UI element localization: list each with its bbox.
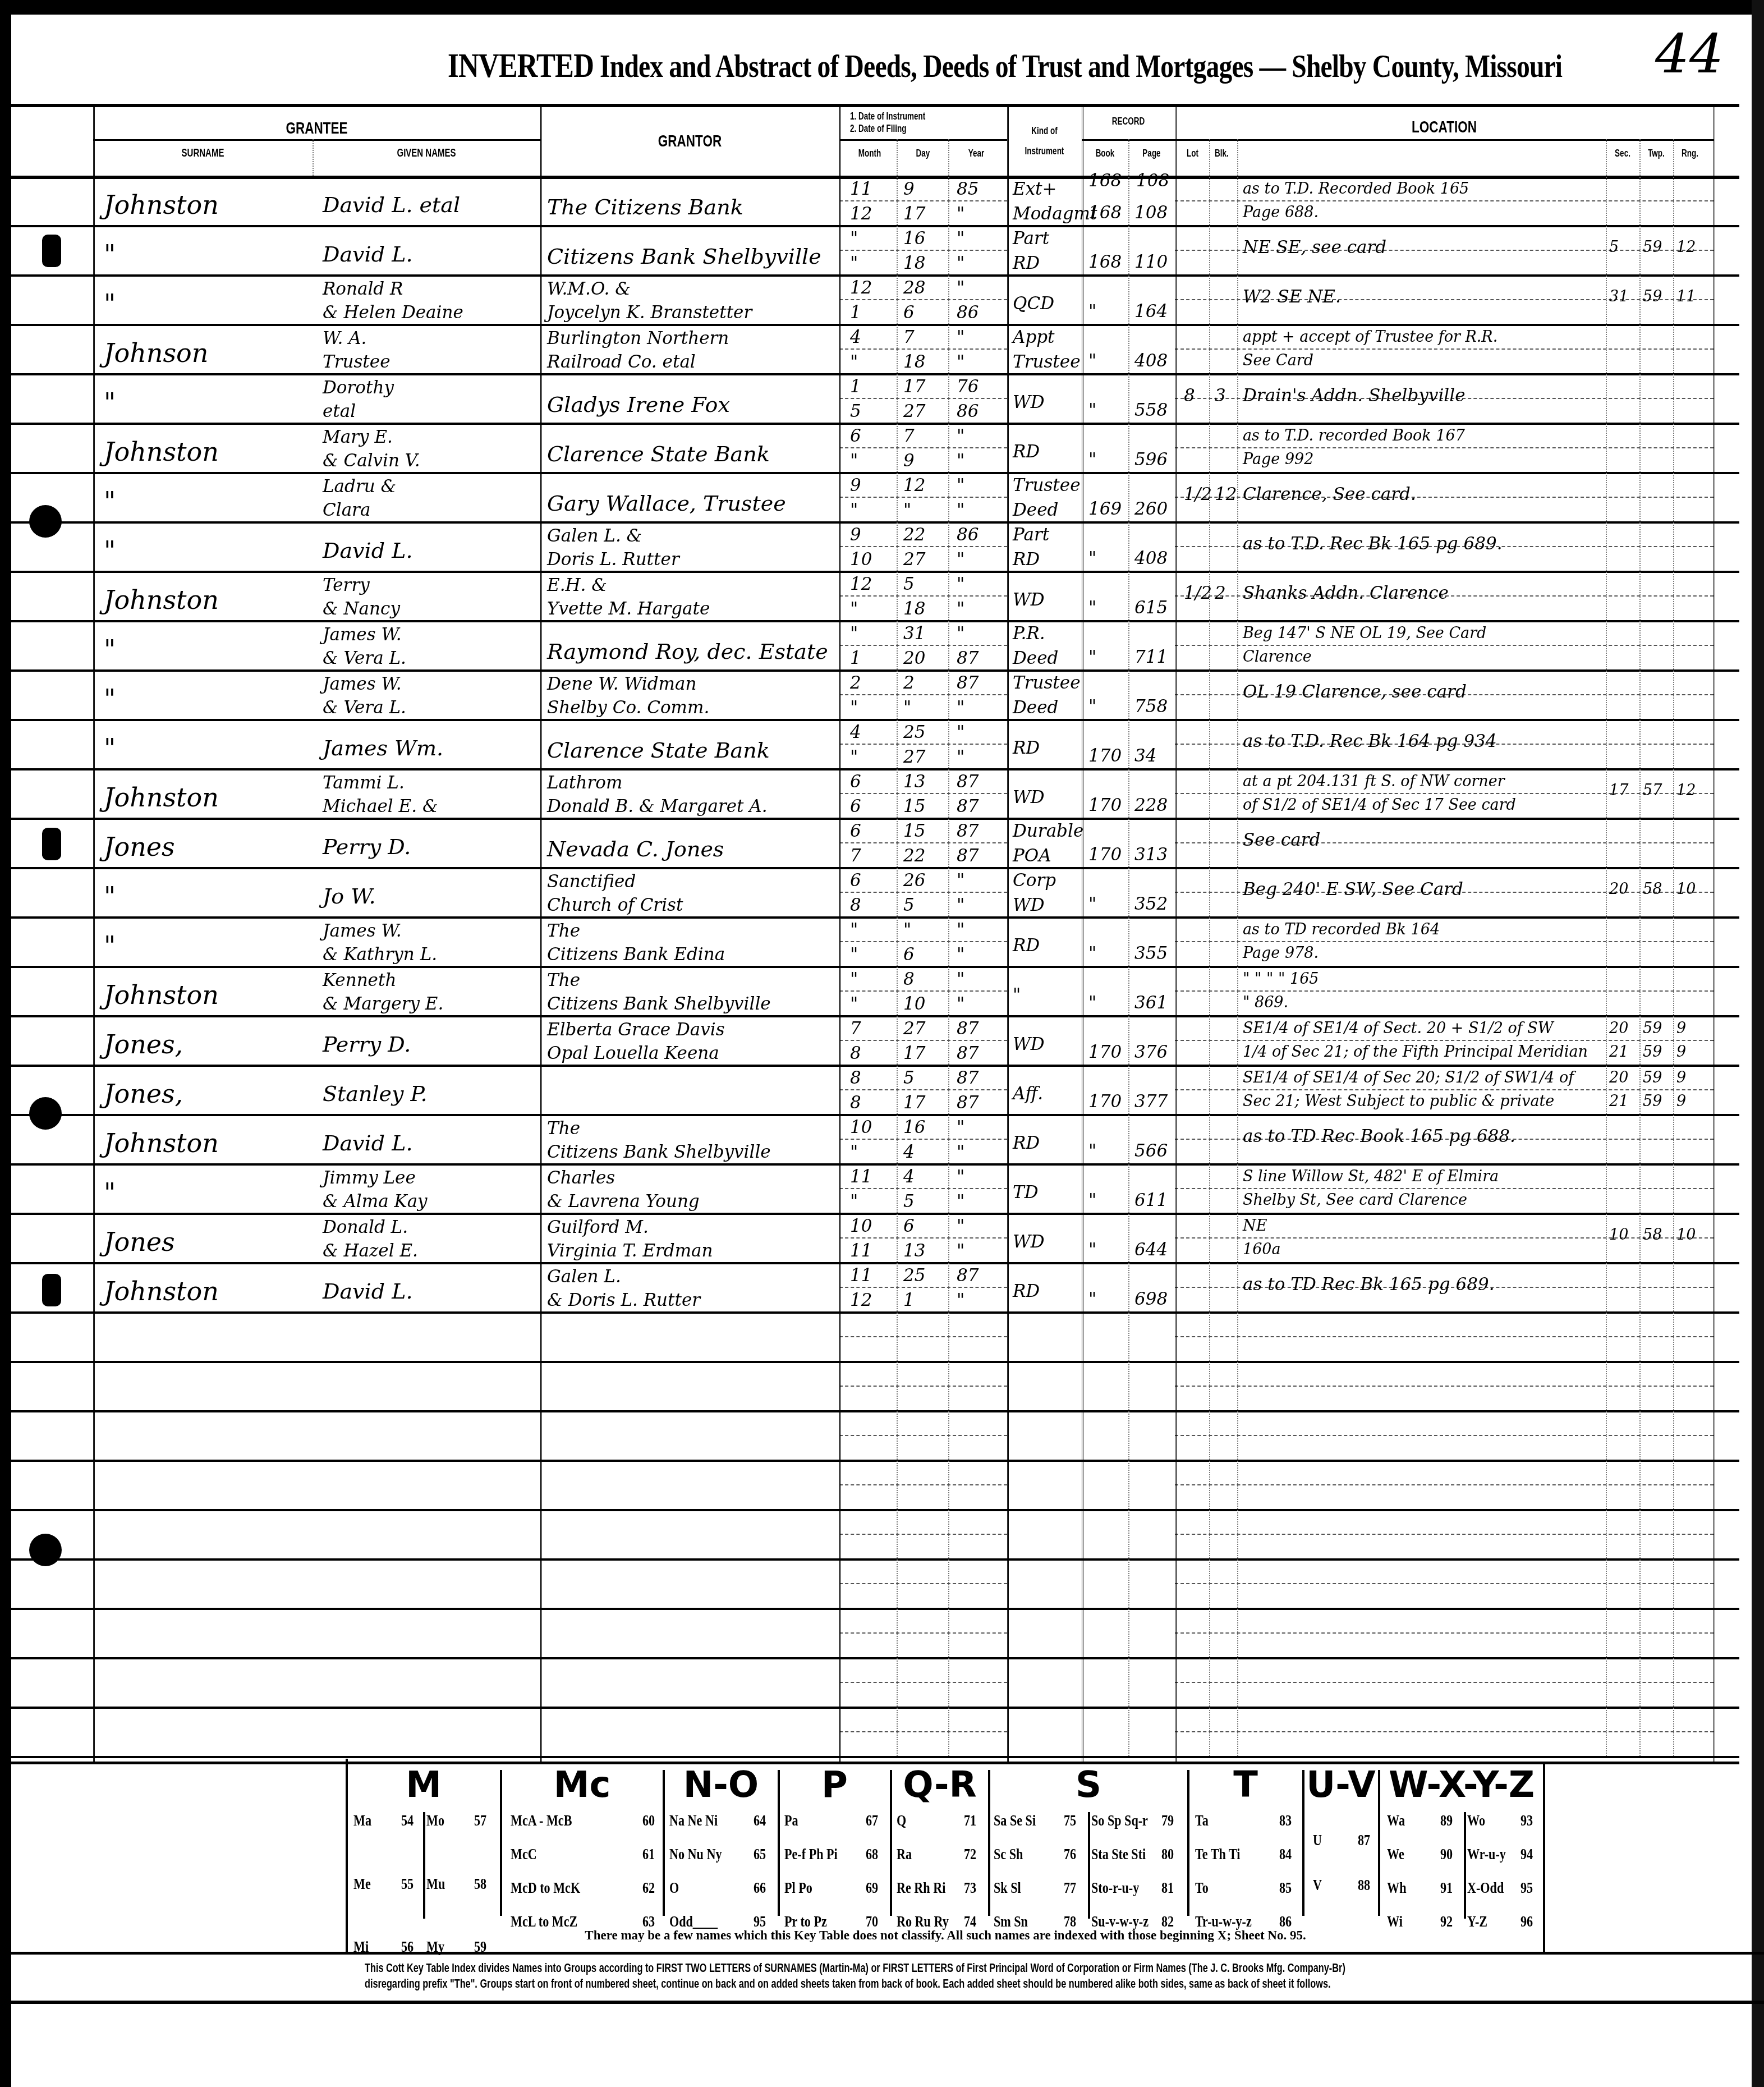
key-entry-sheet: 95 (1520, 1879, 1533, 1897)
grantee-given-names: Jimmy Lee (323, 1166, 416, 1190)
key-entry-sheet: 78 (1064, 1913, 1076, 1930)
record-page: 408 (1134, 348, 1168, 373)
grantee-given-names: David L. (323, 242, 412, 267)
key-entry-prefix: Ra (897, 1846, 912, 1863)
row-rule (11, 916, 1739, 919)
date-instrument: " (850, 621, 858, 646)
kind-of-instrument-2: Trustee (1013, 350, 1081, 374)
header-book-note: 168 (1088, 168, 1122, 193)
key-column: TTa83Te Th Ti84To85Tr-u-w-y-z86 (1189, 1759, 1302, 1927)
grantor-name: Clarence State Bank (547, 442, 770, 466)
grantor-name-2: Citizens Bank Shelbyville (547, 1140, 771, 1164)
grantee-given-names: Donald L. (323, 1215, 408, 1240)
date-instrument: 11 (850, 177, 872, 201)
record-book: 169 (1088, 497, 1122, 521)
header-month: Month (851, 147, 889, 159)
kind-of-instrument: P.R. (1013, 621, 1045, 646)
date-filing: 10 (850, 547, 872, 572)
key-entry-prefix: Pa (784, 1812, 798, 1829)
column-rule-dotted (1237, 139, 1238, 1756)
location-block: 2 (1215, 581, 1226, 606)
row-midline (1175, 1336, 1714, 1337)
date-filing: 20 (903, 646, 925, 671)
key-entry-sheet: 80 (1161, 1846, 1174, 1863)
key-entry-prefix: Wa (1387, 1812, 1405, 1829)
header-given-names: GIVEN NAMES (341, 147, 512, 160)
key-entry-sheet: 95 (754, 1913, 766, 1930)
grantor-name: Elberta Grace Davis (547, 1017, 725, 1042)
record-book: " (1088, 546, 1096, 571)
kind-of-instrument: RD (1013, 933, 1040, 958)
date-instrument: 27 (903, 1016, 925, 1041)
key-entry-sheet: 82 (1161, 1913, 1174, 1930)
date-instrument: " (957, 720, 964, 745)
location-description: NE (1243, 1214, 1267, 1239)
date-filing: " (957, 498, 964, 522)
record-page: 596 (1134, 447, 1168, 472)
date-instrument: " (957, 621, 964, 646)
location-section: 10 (1609, 1223, 1628, 1247)
grantee-given-names: Terry (323, 573, 370, 598)
key-entry-prefix: McA - McB (511, 1812, 572, 1829)
header-twp: Twp. (1644, 147, 1669, 159)
key-entry-sheet: 63 (642, 1913, 655, 1930)
record-page: 260 (1134, 497, 1168, 521)
date-filing: " (957, 1288, 964, 1313)
date-filing: 87 (957, 794, 979, 819)
location-description: NE SE, see card (1243, 235, 1386, 260)
row-rule (11, 1460, 1739, 1462)
grantee-given-names: Ladru & (323, 474, 396, 499)
location-section: 20 (1609, 1066, 1628, 1090)
date-filing: 27 (903, 745, 925, 769)
row-midline (839, 1435, 1007, 1436)
record-page: 377 (1134, 1089, 1168, 1114)
key-entry-sheet: 88 (1358, 1877, 1370, 1894)
date-instrument: 11 (850, 1164, 872, 1189)
key-entry-sheet: 96 (1520, 1913, 1533, 1930)
column-rule (1714, 104, 1718, 1762)
date-instrument: 76 (957, 374, 979, 399)
location-lot: 1/2 (1184, 581, 1212, 606)
grantor-name-2: Railroad Co. etal (547, 350, 696, 374)
key-column-rule (1378, 1770, 1380, 1916)
date-instrument: " (957, 226, 964, 251)
row-midline (839, 941, 1007, 942)
footer-line-1: This Cott Key Table Index divides Names … (365, 1960, 1237, 1976)
grantor-name: Clarence State Bank (547, 738, 770, 763)
location-description: SE1/4 of SE1/4 of Sec 20; S1/2 of SW1/4 … (1243, 1066, 1574, 1090)
kind-of-instrument: WD (1013, 785, 1045, 810)
kind-of-instrument-2: POA (1013, 843, 1051, 868)
key-entry-sheet: 74 (964, 1913, 976, 1930)
key-subcolumn-rule (1464, 1812, 1466, 1919)
kind-of-instrument: WD (1013, 588, 1045, 612)
grantor-name: Galen L. & (547, 524, 642, 548)
key-entry-sheet: 76 (1064, 1846, 1076, 1863)
key-entry-prefix: Wo (1467, 1812, 1485, 1829)
header-split-rule (93, 139, 540, 141)
key-entry-prefix: Ro Ru Ry (897, 1913, 949, 1930)
date-filing: " (903, 498, 911, 522)
grantor-name: The (547, 1116, 580, 1141)
date-filing: " (903, 695, 911, 720)
key-entry-prefix: Sta Ste Sti (1091, 1846, 1146, 1863)
row-rule (11, 1361, 1739, 1363)
location-range: 9 (1676, 1066, 1686, 1090)
key-letter-heading: Mc (502, 1764, 662, 1806)
key-entry-prefix: Sm Sn (994, 1913, 1028, 1930)
grantor-name: Gary Wallace, Trustee (547, 491, 786, 516)
location-range: 10 (1676, 1223, 1696, 1247)
key-column: MMa54Me55Mi56Mo57Mu58My59 (348, 1759, 499, 1927)
location-description: as to T.D. Recorded Book 165 (1243, 177, 1469, 201)
location-range: 11 (1676, 285, 1696, 309)
key-entry-sheet: 93 (1520, 1812, 1533, 1829)
row-midline (1175, 1632, 1714, 1634)
grantee-given-names: Jo W. (323, 884, 376, 909)
key-entry-sheet: 66 (754, 1879, 766, 1897)
date-filing: 8 (850, 893, 861, 918)
grantor-name: Charles (547, 1166, 615, 1190)
key-entry-prefix: McD to McK (511, 1879, 580, 1897)
record-page: 408 (1134, 546, 1168, 571)
kind-of-instrument: Appt (1013, 325, 1055, 350)
row-rule (11, 472, 1739, 474)
key-entry-sheet: 70 (866, 1913, 878, 1930)
date-filing: 9 (903, 448, 915, 473)
record-page: 376 (1134, 1040, 1168, 1065)
binder-hole-icon (42, 828, 61, 860)
grantor-name-2: Doris L. Rutter (547, 547, 679, 572)
kind-of-instrument: Aff. (1013, 1081, 1043, 1106)
kind-of-instrument: RD (1013, 1131, 1040, 1155)
header-book: Book (1087, 147, 1122, 159)
grantor-name-2: & Doris L. Rutter (547, 1288, 700, 1313)
record-book: 170 (1088, 1089, 1122, 1114)
divider (0, 1952, 1764, 1955)
key-entry-sheet: 91 (1440, 1879, 1453, 1897)
grantee-given-names: Tammi L. (323, 770, 405, 795)
key-entry-prefix: Sk Sl (994, 1879, 1021, 1897)
grantor-name: E.H. & (547, 573, 607, 598)
grantee-surname: Johnston (104, 1279, 219, 1304)
date-filing: " (850, 498, 858, 522)
date-instrument: 6 (903, 1214, 915, 1239)
key-column: McMcA - McB60McC61McD to McK62McL to McZ… (502, 1759, 662, 1927)
grantee-given-names-2: & Calvin V. (323, 448, 420, 473)
date-filing: " (957, 1239, 964, 1263)
location-description: as to T.D. Rec Bk 164 pg 934 (1243, 729, 1497, 754)
date-filing: " (850, 992, 858, 1016)
location-range: 9 (1676, 1016, 1686, 1041)
grantee-given-names-2: & Helen Deaine (323, 300, 463, 325)
location-description: as to T.D. Rec Bk 165 pg 689. (1243, 531, 1503, 556)
column-rule (1175, 104, 1179, 1762)
key-entry-prefix: McL to McZ (511, 1913, 577, 1930)
row-midline (839, 694, 1007, 695)
row-rule (11, 1756, 1739, 1758)
record-book: " (1088, 990, 1096, 1015)
key-entry-sheet: 68 (866, 1846, 878, 1863)
date-filing: 87 (957, 1041, 979, 1066)
key-entry-prefix: Wr-u-y (1467, 1846, 1506, 1863)
table-top-rule (11, 104, 1739, 107)
location-description: as to TD Rec Bk 165 pg 689. (1243, 1272, 1495, 1297)
header-lot: Lot (1187, 147, 1203, 159)
key-entry-sheet: 54 (401, 1812, 414, 1829)
row-midline (839, 1583, 1007, 1584)
grantee-given-names: Kenneth (323, 968, 396, 993)
grantor-name: Guilford M. (547, 1215, 649, 1240)
record-book: " (1088, 941, 1096, 966)
date-filing: 10 (903, 992, 925, 1016)
location-description: as to T.D. recorded Book 167 (1243, 424, 1465, 448)
key-entry-sheet: 58 (474, 1875, 486, 1893)
header-record: RECORD (1094, 115, 1164, 127)
key-entry-prefix: Re Rh Ri (897, 1879, 945, 1897)
row-rule (11, 423, 1739, 425)
date-filing: 5 (850, 399, 861, 424)
date-instrument: " (957, 967, 964, 992)
date-filing: " (957, 1189, 964, 1214)
date-filing: " (850, 745, 858, 769)
date-instrument: 25 (903, 1263, 925, 1288)
date-instrument: " (957, 473, 964, 498)
grantee-given-names-2: & Vera L. (323, 646, 406, 671)
key-entry-prefix: Ta (1195, 1812, 1209, 1829)
row-midline (1175, 1435, 1714, 1436)
date-filing: 6 (903, 300, 915, 325)
divider (0, 2001, 1764, 2004)
date-filing: " (957, 597, 964, 621)
key-letter-heading: W-X-Y-Z (1380, 1764, 1543, 1806)
column-rule-dotted (1606, 139, 1607, 1756)
kind-of-instrument: RD (1013, 736, 1040, 760)
kind-of-instrument: TD (1013, 1180, 1039, 1205)
grantee-given-names: Ronald R (323, 277, 403, 301)
scan-top-border (0, 0, 1764, 15)
grantee-given-names: David L. (323, 1131, 412, 1155)
row-midline (1175, 1534, 1714, 1535)
kind-of-instrument: Durable (1013, 819, 1083, 843)
key-column-rule (1302, 1770, 1304, 1916)
key-letter-heading: U-V (1304, 1764, 1377, 1806)
record-page: 611 (1134, 1188, 1168, 1213)
grantor-name: Lathrom (547, 770, 622, 795)
scan-right-border (1752, 0, 1764, 2087)
row-midline (839, 1632, 1007, 1634)
date-instrument: 85 (957, 177, 979, 201)
location-description: at a pt 204.131 ft S. of NW corner (1243, 769, 1505, 794)
date-filing: 17 (903, 201, 925, 226)
column-rule (1007, 104, 1012, 1762)
header-blk: Blk. (1215, 147, 1232, 159)
key-entry-prefix: Y-Z (1467, 1913, 1487, 1930)
key-entry-prefix: V (1313, 1877, 1322, 1894)
date-filing: " (850, 942, 858, 967)
record-book: " (1088, 1139, 1096, 1163)
date-instrument: 10 (850, 1115, 872, 1140)
key-entry-prefix: No Nu Ny (669, 1846, 722, 1863)
grantee-given-names: David L. (323, 1279, 412, 1304)
key-entry-sheet: 85 (1279, 1879, 1292, 1897)
row-midline (839, 1484, 1007, 1485)
key-entry-sheet: 92 (1440, 1913, 1453, 1930)
key-entry-prefix: Sc Sh (994, 1846, 1023, 1863)
binder-hole-icon (29, 1097, 62, 1130)
grantee-surname: Jones (104, 834, 175, 859)
date-instrument: 15 (903, 819, 925, 843)
key-entry-sheet: 65 (754, 1846, 766, 1863)
location-description: appt + accept of Trustee for R.R. (1243, 325, 1497, 350)
date-filing: 6 (850, 794, 861, 819)
key-entry-prefix: Q (897, 1812, 906, 1829)
record-page: 313 (1134, 842, 1168, 867)
column-rule-dotted (897, 139, 898, 1756)
date-instrument: 12 (850, 572, 872, 597)
grantor-name: Raymond Roy, dec. Estate (547, 639, 828, 664)
date-filing: 11 (850, 1239, 872, 1263)
location-description: as to TD recorded Bk 164 (1243, 918, 1440, 942)
location-township-2: 59 (1643, 1040, 1662, 1065)
date-filing: 22 (903, 843, 925, 868)
kind-of-instrument-2: Deed (1013, 498, 1058, 522)
kind-of-instrument-2: RD (1013, 547, 1040, 572)
key-entry-sheet: 73 (964, 1879, 976, 1897)
kind-of-instrument: " (1013, 983, 1021, 1007)
date-filing: " (957, 350, 964, 374)
record-page: 108 (1134, 200, 1168, 225)
date-filing: 17 (903, 1041, 925, 1066)
row-rule (11, 1558, 1739, 1561)
grantor-name: Sanctified (547, 869, 636, 894)
title-text: Index and Abstract of Deeds, Deeds of Tr… (600, 48, 1562, 84)
grantor-name-2: Virginia T. Erdman (547, 1239, 713, 1263)
date-filing: 18 (903, 251, 925, 276)
record-book: " (1088, 694, 1096, 719)
date-instrument: " (957, 424, 964, 448)
grantee-surname: Johnston (104, 588, 219, 612)
location-township: 59 (1643, 285, 1662, 309)
location-lot: 1/2 (1184, 482, 1212, 507)
page-title: INVERTED Index and Abstract of Deeds, De… (448, 46, 1460, 86)
grantee-surname: " (104, 242, 116, 267)
date-instrument: 9 (850, 473, 861, 498)
date-filing: 87 (957, 646, 979, 671)
date-instrument: 87 (957, 671, 979, 695)
key-entry-prefix: O (669, 1879, 679, 1897)
header-split-rule (839, 139, 1007, 141)
date-instrument: " (957, 325, 964, 350)
grantee-given-names: Dorothy (323, 375, 394, 400)
location-range: 10 (1676, 877, 1696, 902)
row-midline (839, 1534, 1007, 1535)
kind-of-instrument: Part (1013, 522, 1049, 547)
date-filing: " (957, 251, 964, 276)
grantor-name: W.M.O. & (547, 277, 631, 301)
column-rule (1082, 104, 1086, 1762)
location-description-2: of S1/2 of SE1/4 of Sec 17 See card (1243, 793, 1516, 818)
kind-of-instrument: WD (1013, 1032, 1045, 1057)
key-letter-heading: T (1189, 1764, 1302, 1806)
date-filing: 8 (850, 1090, 861, 1115)
location-description: " " " " 165 (1243, 967, 1319, 992)
key-entry-prefix: McC (511, 1846, 537, 1863)
grantee-surname: " (104, 538, 116, 563)
column-rule (93, 104, 98, 1762)
location-description: SE1/4 of SE1/4 of Sect. 20 + S1/2 of SW (1243, 1016, 1554, 1041)
date-instrument: " (957, 868, 964, 893)
date-instrument: 11 (850, 1263, 872, 1288)
location-section: 17 (1609, 778, 1628, 803)
grantor-name-2: Citizens Bank Edina (547, 942, 725, 967)
location-description: Clarence, See card. (1243, 482, 1416, 507)
location-range: 12 (1676, 235, 1696, 260)
header-surname: SURNAME (121, 147, 285, 160)
key-letter-heading: N-O (665, 1764, 777, 1806)
date-instrument: 8 (850, 1066, 861, 1090)
location-description: S line Willow St, 482' E of Elmira (1243, 1164, 1499, 1189)
header-location: LOCATION (1242, 118, 1646, 137)
location-description-2: " 869. (1243, 990, 1288, 1015)
date-instrument: 31 (903, 621, 925, 646)
grantee-surname: Johnston (104, 785, 219, 810)
key-entry-prefix: Sto-r-u-y (1091, 1879, 1139, 1897)
kind-of-instrument: QCD (1013, 291, 1054, 316)
date-instrument: " (957, 1164, 964, 1189)
key-column-rule (1543, 1764, 1545, 1952)
grantor-name-2: Yvette M. Hargate (547, 597, 710, 621)
date-instrument: 26 (903, 868, 925, 893)
header-date-filing: 2. Date of Filing (850, 122, 968, 135)
date-instrument: 12 (850, 276, 872, 300)
key-entry-sheet: 57 (474, 1812, 486, 1829)
record-page: 758 (1134, 694, 1168, 719)
grantee-given-names: James W. (323, 919, 402, 943)
binder-hole-icon (29, 1534, 62, 1566)
date-filing: " (957, 1140, 964, 1164)
location-township: 58 (1643, 877, 1662, 902)
date-filing: 5 (903, 893, 915, 918)
record-book: 170 (1088, 1040, 1122, 1065)
key-entry-prefix: Odd____ (669, 1913, 718, 1930)
kind-of-instrument-2: RD (1013, 251, 1040, 276)
location-block: 12 (1215, 482, 1237, 507)
date-instrument: " (957, 1214, 964, 1239)
kind-of-instrument: WD (1013, 1230, 1045, 1254)
key-letter-heading: M (348, 1764, 499, 1806)
date-filing: 87 (957, 843, 979, 868)
location-description-2: 1/4 of Sec 21; of the Fifth Principal Me… (1243, 1040, 1588, 1065)
record-page: 644 (1134, 1237, 1168, 1262)
column-rule-dotted (1128, 139, 1129, 1756)
page-number: 44 (1655, 22, 1724, 85)
key-table: There may be a few names which this Key … (348, 1759, 1543, 1952)
location-section-2: 21 (1609, 1040, 1628, 1065)
date-filing: 8 (850, 1041, 861, 1066)
key-column-rule (663, 1770, 665, 1916)
grantee-given-names-2: & Kathryn L. (323, 942, 437, 967)
kind-of-instrument: Trustee (1013, 473, 1081, 498)
grantee-given-names: Perry D. (323, 834, 411, 859)
date-instrument: 13 (903, 769, 925, 794)
row-rule (11, 1213, 1739, 1215)
key-column-rule (890, 1770, 892, 1916)
date-filing: " (850, 448, 858, 473)
date-filing: " (957, 745, 964, 769)
location-range-2: 9 (1676, 1089, 1686, 1114)
